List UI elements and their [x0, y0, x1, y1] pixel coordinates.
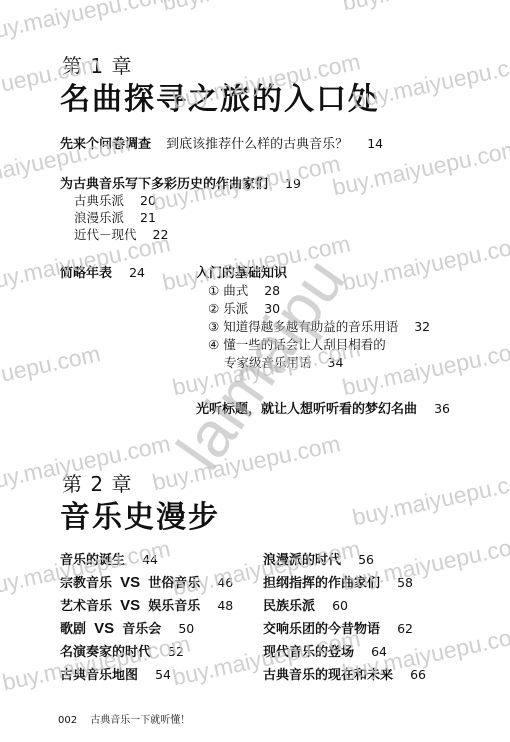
toc-entry-title: 简略年表 — [60, 266, 112, 281]
toc-entry-title: 音乐的诞生 — [60, 553, 125, 568]
toc-entry-title-b: 音乐会 — [122, 622, 161, 637]
toc-entry-present-future[interactable]: 古典音乐的现在和未来 66 — [263, 665, 426, 685]
vs-label: VS — [120, 597, 140, 614]
toc-page-number: 54 — [155, 667, 171, 682]
toc-page-number: 56 — [358, 552, 374, 567]
toc-page-number: 19 — [285, 176, 301, 191]
toc-page-number: 20 — [140, 193, 156, 208]
toc-entry-title: 知道得越多越有助益的音乐用语 — [223, 319, 398, 334]
toc-entry-title: 近代－现代 — [74, 227, 137, 242]
toc-entry-art-vs-entertainment[interactable]: 艺术音乐 VS 娱乐音乐 48 — [60, 596, 233, 616]
toc-subentry-expert-terms[interactable]: ④ 懂一些的话会让人刮目相看的 — [208, 336, 386, 354]
toc-subentry-expert-terms-line2[interactable]: 专家级音乐用语 34 — [224, 354, 343, 372]
toc-entry-opera-vs-concert[interactable]: 歌剧 VS 音乐会 50 — [60, 619, 194, 639]
toc-entry-title: 懂一些的话会让人刮目相看的 — [223, 337, 386, 352]
toc-entry-title: 先来个问卷调查 — [60, 137, 151, 152]
toc-subentry-classical[interactable]: 古典乐派 20 — [74, 192, 156, 210]
toc-entry-title: 古典音乐地图 — [60, 668, 138, 683]
footer-page-number: 002 — [58, 715, 77, 726]
toc-entry-title: 浪漫派的时代 — [263, 553, 341, 568]
toc-entry-title: 担纲指挥的作曲家们 — [263, 576, 380, 591]
toc-subentry-schools[interactable]: ② 乐派 30 — [208, 300, 280, 318]
toc-page: 第 1 章 名曲探寻之旅的入口处 先来个问卷调查 到底该推荐什么样的古典音乐？ … — [0, 0, 510, 742]
toc-entry-title: 专家级音乐用语 — [224, 355, 312, 370]
toc-entry-title: 名演奏家的时代 — [60, 645, 151, 660]
toc-entry-title-b: 世俗音乐 — [148, 576, 200, 591]
circled-number-icon: ② — [208, 301, 219, 316]
toc-entry-classical-map[interactable]: 古典音乐地图 54 — [60, 665, 171, 685]
toc-page-number: 34 — [328, 355, 344, 370]
toc-entry-composer-conductors[interactable]: 担纲指挥的作曲家们 58 — [263, 573, 413, 593]
toc-entry-title: 交响乐团的今昔物语 — [263, 622, 380, 637]
toc-entry-title-b: 娱乐音乐 — [148, 599, 200, 614]
toc-page-number: 50 — [178, 621, 194, 636]
toc-entry-basics[interactable]: 入门的基础知识 — [196, 263, 287, 283]
toc-page-number: 28 — [264, 283, 280, 298]
toc-page-number: 32 — [414, 319, 430, 334]
toc-page-number: 24 — [129, 265, 145, 280]
circled-number-icon: ① — [208, 283, 219, 298]
chapter-2-title: 音乐史漫步 — [60, 492, 220, 536]
toc-subentry-forms[interactable]: ① 曲式 28 — [208, 282, 280, 300]
toc-page-number: 14 — [367, 136, 383, 151]
toc-entry-composers[interactable]: 为古典音乐写下多彩历史的作曲家们 19 — [60, 174, 301, 194]
toc-page-number: 46 — [217, 575, 233, 590]
vs-label: VS — [94, 620, 114, 637]
toc-entry-title: 民族乐派 — [263, 599, 315, 614]
circled-number-icon: ③ — [208, 319, 219, 334]
toc-entry-dream-pieces[interactable]: 光听标题，就让人想听听看的梦幻名曲 36 — [196, 399, 450, 419]
toc-page-number: 36 — [434, 401, 450, 416]
toc-page-number: 58 — [397, 575, 413, 590]
toc-entry-title: 古典音乐的现在和未来 — [263, 668, 393, 683]
circled-number-icon: ④ — [208, 337, 219, 352]
toc-entry-national-school[interactable]: 民族乐派 60 — [263, 596, 348, 616]
toc-entry-orchestra-history[interactable]: 交响乐团的今昔物语 62 — [263, 619, 413, 639]
chapter-1-title: 名曲探寻之旅的入口处 — [60, 74, 380, 118]
toc-entry-title: 入门的基础知识 — [196, 266, 287, 281]
toc-page-number: 21 — [140, 210, 156, 225]
toc-page-number: 48 — [217, 598, 233, 613]
toc-page-number: 30 — [264, 301, 280, 316]
toc-page-number: 64 — [371, 644, 387, 659]
toc-entry-birth-of-music[interactable]: 音乐的诞生 44 — [60, 550, 158, 570]
vs-label: VS — [120, 574, 140, 591]
toc-page-number: 22 — [153, 227, 169, 242]
toc-subentry-romantic[interactable]: 浪漫乐派 21 — [74, 209, 156, 227]
page-footer: 002 古典音乐一下就听懂！ — [58, 711, 190, 726]
toc-entry-title: 宗教音乐 — [60, 576, 112, 591]
toc-subentry-modern[interactable]: 近代－现代 22 — [74, 226, 168, 244]
toc-page-number: 66 — [410, 667, 426, 682]
toc-entry-title: 为古典音乐写下多彩历史的作曲家们 — [60, 177, 268, 192]
toc-entry-questionnaire[interactable]: 先来个问卷调查 到底该推荐什么样的古典音乐？ 14 — [60, 134, 383, 154]
toc-page-number: 52 — [168, 644, 184, 659]
toc-entry-chronology[interactable]: 简略年表 24 — [60, 263, 145, 283]
toc-entry-title: 浪漫乐派 — [74, 210, 124, 225]
toc-subentry-terms[interactable]: ③ 知道得越多越有助益的音乐用语 32 — [208, 318, 430, 336]
toc-page-number: 62 — [397, 621, 413, 636]
toc-entry-title: 艺术音乐 — [60, 599, 112, 614]
footer-book-title: 古典音乐一下就听懂！ — [90, 715, 190, 726]
toc-entry-subtitle: 到底该推荐什么样的古典音乐？ — [166, 137, 348, 152]
toc-entry-modern-music[interactable]: 现代音乐的登场 64 — [263, 642, 387, 662]
toc-entry-title: 乐派 — [223, 301, 248, 316]
toc-entry-virtuoso-era[interactable]: 名演奏家的时代 52 — [60, 642, 184, 662]
toc-entry-title: 曲式 — [223, 283, 248, 298]
toc-entry-title: 光听标题，就让人想听听看的梦幻名曲 — [196, 402, 417, 417]
toc-page-number: 44 — [142, 552, 158, 567]
toc-entry-romantic-era[interactable]: 浪漫派的时代 56 — [263, 550, 374, 570]
toc-entry-title: 歌剧 — [60, 622, 86, 637]
toc-page-number: 60 — [332, 598, 348, 613]
toc-entry-title: 古典乐派 — [74, 193, 124, 208]
toc-entry-title: 现代音乐的登场 — [263, 645, 354, 660]
toc-entry-sacred-vs-secular[interactable]: 宗教音乐 VS 世俗音乐 46 — [60, 573, 233, 593]
